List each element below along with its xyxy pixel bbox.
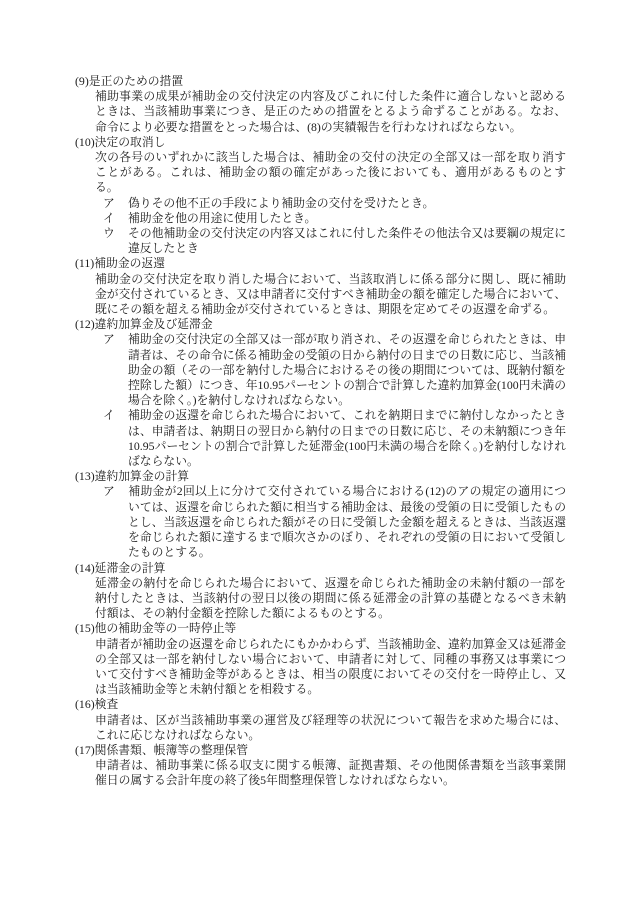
document-section: (17)関係書類、帳簿等の整理保管 申請者は、補助事業に係る収支に関する帳簿、証… (75, 743, 566, 789)
section-title: 違約加算金の計算 (95, 469, 189, 483)
section-item: ア補助金の交付決定の全部又は一部が取り消され、その返還を命じられたときは、申請者… (103, 332, 566, 408)
section-paragraph: 申請者が補助金の返還を命じられたにもかかわらず、当該補助金、違約加算金又は延滞金… (95, 637, 566, 698)
section-heading: (9)是正のための措置 (75, 74, 566, 89)
section-items: ア補助金の交付決定の全部又は一部が取り消され、その返還を命じられたときは、申請者… (75, 332, 566, 469)
section-heading: (13)違約加算金の計算 (75, 469, 566, 484)
section-number: (9) (75, 74, 89, 88)
section-paragraphs: 補助事業の成果が補助金の交付決定の内容及びこれに付した条件に適合しないと認めると… (75, 89, 566, 135)
section-paragraph: 補助金の交付決定を取り消した場合において、当該取消しに係る部分に関し、既に補助金… (95, 272, 566, 318)
item-label: ア (103, 332, 128, 347)
section-paragraph: 申請者は、区が当該補助事業の運営及び経理等の状況について報告を求めた場合には、こ… (95, 713, 566, 743)
section-title: 違約加算金及び延滞金 (95, 317, 213, 331)
item-label: ア (103, 484, 128, 499)
document-content: (9)是正のための措置 補助事業の成果が補助金の交付決定の内容及びこれに付した条… (75, 74, 566, 789)
document-page: (9)是正のための措置 補助事業の成果が補助金の交付決定の内容及びこれに付した条… (0, 0, 630, 903)
section-number: (13) (75, 469, 95, 483)
section-paragraph: 補助事業の成果が補助金の交付決定の内容及びこれに付した条件に適合しないと認めると… (95, 89, 566, 135)
section-title: 補助金の返還 (94, 256, 165, 270)
item-text: 補助金が2回以上に分けて交付されている場合における(12)のアの規定の適用につい… (128, 484, 566, 559)
section-item: ウその他補助金の交付決定の内容又はこれに付した条件その他法令又は要綱の規定に違反… (103, 226, 566, 256)
section-item: イ補助金を他の用途に使用したとき。 (103, 211, 566, 226)
section-item: イ補助金の返還を命じられた場合において、これを納期日までに納付しなかったときは、… (103, 408, 566, 469)
section-paragraphs: 補助金の交付決定を取り消した場合において、当該取消しに係る部分に関し、既に補助金… (75, 272, 566, 318)
section-item: ア偽りその他不正の手段により補助金の交付を受けたとき。 (103, 196, 566, 211)
document-section: (13)違約加算金の計算 ア補助金が2回以上に分けて交付されている場合における(… (75, 469, 566, 560)
section-heading: (12)違約加算金及び延滞金 (75, 317, 566, 332)
section-heading: (17)関係書類、帳簿等の整理保管 (75, 743, 566, 758)
section-paragraphs: 申請者は、補助事業に係る収支に関する帳簿、証拠書類、その他関係書類を当該事業開催… (75, 758, 566, 788)
item-text: 偽りその他不正の手段により補助金の交付を受けたとき。 (128, 196, 434, 210)
section-paragraphs: 申請者が補助金の返還を命じられたにもかかわらず、当該補助金、違約加算金又は延滞金… (75, 637, 566, 698)
document-section: (14)延滞金の計算 延滞金の納付を命じられた場合において、返還を命じられた補助… (75, 561, 566, 622)
section-title: 他の補助金等の一時停止等 (95, 621, 237, 635)
section-heading: (10)決定の取消し (75, 135, 566, 150)
section-paragraph: 延滞金の納付を命じられた場合において、返還を命じられた補助金の未納付額の一部を納… (95, 576, 566, 622)
item-text: その他補助金の交付決定の内容又はこれに付した条件その他法令又は要綱の規定に違反し… (128, 226, 566, 255)
section-heading: (11)補助金の返還 (75, 256, 566, 271)
section-items: ア補助金が2回以上に分けて交付されている場合における(12)のアの規定の適用につ… (75, 484, 566, 560)
section-heading: (14)延滞金の計算 (75, 561, 566, 576)
section-paragraph: 申請者は、補助事業に係る収支に関する帳簿、証拠書類、その他関係書類を当該事業開催… (95, 758, 566, 788)
section-number: (17) (75, 743, 95, 757)
section-number: (15) (75, 621, 95, 635)
item-label: イ (103, 408, 128, 423)
section-number: (16) (75, 697, 95, 711)
section-number: (12) (75, 317, 95, 331)
item-text: 補助金の返還を命じられた場合において、これを納期日までに納付しなかったときは、申… (128, 408, 566, 468)
section-heading: (16)検査 (75, 697, 566, 712)
section-items: ア偽りその他不正の手段により補助金の交付を受けたとき。イ補助金を他の用途に使用し… (75, 196, 566, 257)
section-title: 是正のための措置 (89, 74, 183, 88)
section-heading: (15)他の補助金等の一時停止等 (75, 621, 566, 636)
section-paragraph: 次の各号のいずれかに該当した場合は、補助金の交付の決定の全部又は一部を取り消すこ… (95, 150, 566, 196)
section-paragraphs: 申請者は、区が当該補助事業の運営及び経理等の状況について報告を求めた場合には、こ… (75, 713, 566, 743)
item-text: 補助金を他の用途に使用したとき。 (128, 211, 316, 225)
section-number: (11) (75, 256, 94, 270)
document-section: (11)補助金の返還 補助金の交付決定を取り消した場合において、当該取消しに係る… (75, 256, 566, 317)
section-title: 決定の取消し (95, 135, 166, 149)
document-section: (10)決定の取消し 次の各号のいずれかに該当した場合は、補助金の交付の決定の全… (75, 135, 566, 257)
document-section: (16)検査 申請者は、区が当該補助事業の運営及び経理等の状況について報告を求め… (75, 697, 566, 743)
section-title: 関係書類、帳簿等の整理保管 (95, 743, 248, 757)
section-paragraphs: 延滞金の納付を命じられた場合において、返還を命じられた補助金の未納付額の一部を納… (75, 576, 566, 622)
item-label: ア (103, 196, 128, 211)
section-title: 検査 (95, 697, 119, 711)
section-title: 延滞金の計算 (95, 561, 166, 575)
document-section: (9)是正のための措置 補助事業の成果が補助金の交付決定の内容及びこれに付した条… (75, 74, 566, 135)
section-paragraphs: 次の各号のいずれかに該当した場合は、補助金の交付の決定の全部又は一部を取り消すこ… (75, 150, 566, 196)
section-number: (14) (75, 561, 95, 575)
item-text: 補助金の交付決定の全部又は一部が取り消され、その返還を命じられたときは、申請者は… (128, 332, 566, 407)
item-label: イ (103, 211, 128, 226)
item-label: ウ (103, 226, 128, 241)
section-number: (10) (75, 135, 95, 149)
document-section: (12)違約加算金及び延滞金 ア補助金の交付決定の全部又は一部が取り消され、その… (75, 317, 566, 469)
section-item: ア補助金が2回以上に分けて交付されている場合における(12)のアの規定の適用につ… (103, 484, 566, 560)
document-section: (15)他の補助金等の一時停止等 申請者が補助金の返還を命じられたにもかかわらず… (75, 621, 566, 697)
